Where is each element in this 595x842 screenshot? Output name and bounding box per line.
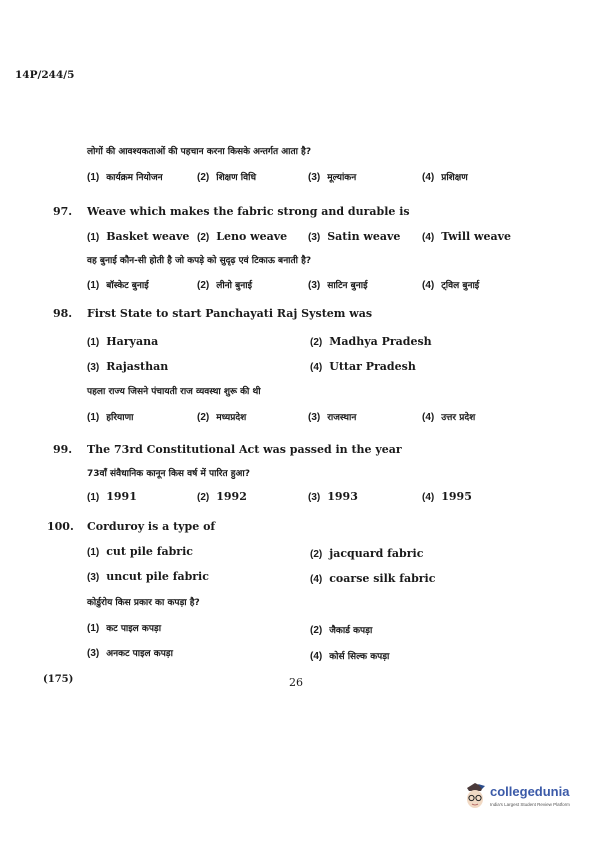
q100-hindi-question: कोर्डुरोय किस प्रकार का कपड़ा है? [87,595,200,608]
q98-english-option-3: (3)Rajasthan [87,360,168,373]
q100-english-option-1: (1)cut pile fabric [87,545,193,558]
q100-english-option-4: (4)coarse silk fabric [310,572,435,585]
q100-hindi-option-3: (3)अनकट पाइल कपड़ा [87,646,173,659]
q98-english-option-4: (4)Uttar Pradesh [310,360,416,373]
q96-hindi-option-4: (4)प्रशिक्षण [422,170,468,183]
logo-tagline: India's Largest Student Review Platform [490,802,570,807]
q100-english-option-3: (3)uncut pile fabric [87,570,209,583]
q98-hindi-option-2: (2)मध्यप्रदेश [197,410,246,423]
q100-english-question: Corduroy is a type of [87,520,215,533]
q96-hindi-question: लोगों की आवश्यकताओं की पहचान करना किसके … [87,144,311,157]
q98-hindi-question: पहला राज्य जिसने पंचायती राज व्यवस्था शु… [87,384,261,397]
q100-hindi-option-4: (4)कोर्स सिल्क कपड़ा [310,649,389,662]
page-number: 26 [289,676,303,689]
q100-hindi-option-2: (2)जैकार्ड कपड़ा [310,623,372,636]
q98-hindi-option-1: (1)हरियाणा [87,410,133,423]
q97-hindi-question: वह बुनाई कौन-सी होती है जो कपड़े को सुदृ… [87,253,311,266]
collegedunia-logo: collegedunia India's Largest Student Rev… [462,780,582,818]
footer-code: (175) [43,674,73,685]
q96-hindi-option-2: (2)शिक्षण विधि [197,170,256,183]
q97-english-option-2: (2)Leno weave [197,230,287,243]
q98-number: 98. [53,307,72,320]
q100-number: 100. [47,520,74,533]
q98-english-option-1: (1)Haryana [87,335,158,348]
q98-hindi-option-4: (4)उत्तर प्रदेश [422,410,475,423]
q97-english-option-3: (3)Satin weave [308,230,400,243]
q98-english-question: First State to start Panchayati Raj Syst… [87,307,372,320]
mascot-icon [464,782,486,812]
q99-hindi-question: 73वाँ संवैधानिक कानून किस वर्ष में पारित… [87,466,250,479]
q97-hindi-option-3: (3)साटिन बुनाई [308,278,368,291]
q99-number: 99. [53,443,72,456]
q98-english-option-2: (2)Madhya Pradesh [310,335,432,348]
q97-number: 97. [53,205,72,218]
q99-option-1: (1)1991 [87,490,137,503]
q99-option-3: (3)1993 [308,490,358,503]
paper-code: 14P/244/5 [15,69,74,81]
q97-english-option-4: (4)Twill weave [422,230,511,243]
q100-hindi-option-1: (1)कट पाइल कपड़ा [87,621,161,634]
q96-hindi-option-3: (3)मूल्यांकन [308,170,356,183]
q97-english-option-1: (1)Basket weave [87,230,189,243]
q97-hindi-option-1: (1)बॉस्केट बुनाई [87,278,149,291]
q99-option-4: (4)1995 [422,490,472,503]
q96-hindi-option-1: (1)कार्यक्रम नियोजन [87,170,163,183]
q98-hindi-option-3: (3)राजस्थान [308,410,356,423]
logo-brand: collegedunia [490,784,569,799]
q99-option-2: (2)1992 [197,490,247,503]
q97-hindi-option-2: (2)लीनो बुनाई [197,278,252,291]
q99-english-question: The 73rd Constitutional Act was passed i… [87,443,402,456]
q97-hindi-option-4: (4)ट्विल बुनाई [422,278,479,291]
q100-english-option-2: (2)jacquard fabric [310,547,423,560]
q97-english-question: Weave which makes the fabric strong and … [87,205,410,218]
